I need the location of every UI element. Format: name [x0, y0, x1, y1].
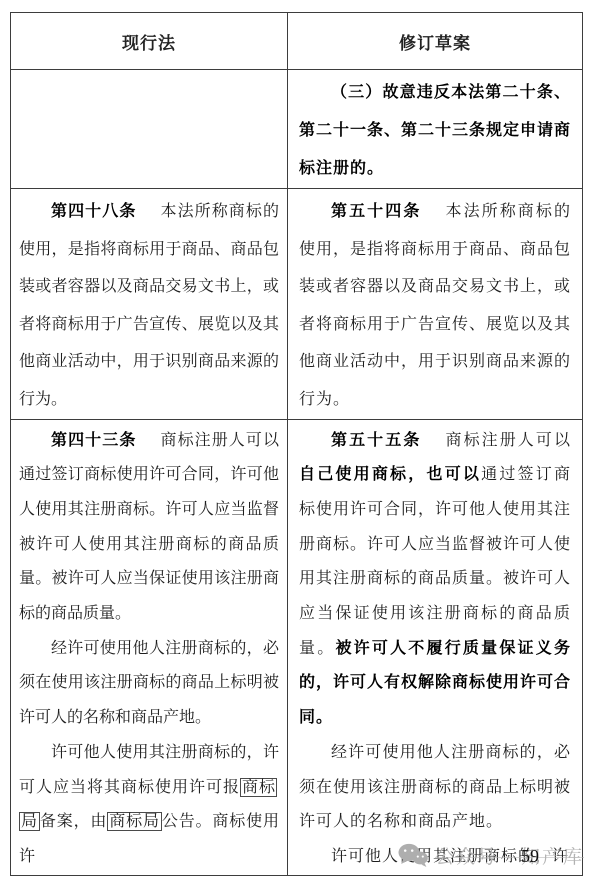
- cell-current-law-row3: 第四十三条商标注册人可以通过签订商标使用许可合同，许可他人使用其注册商标。许可人…: [11, 419, 288, 875]
- paragraph: 经许可使用他人注册商标的，必须在使用该注册商标的商品上标明被许可人的名称和商品产…: [19, 632, 279, 736]
- watermark-text: 公众号 · 知产库: [435, 842, 584, 869]
- text-segment: 商标注册人可以通过签订商标使用许可合同，许可他人使用其注册商标。许可人应当监督被…: [19, 432, 279, 623]
- cell-revision-draft-row3: 第五十五条商标注册人可以自己使用商标，也可以通过签订商标使用许可合同，许可他人使…: [288, 419, 583, 875]
- table-row: 第四十三条商标注册人可以通过签订商标使用许可合同，许可他人使用其注册商标。许可人…: [11, 419, 583, 875]
- cell-revision-draft-row2: 第五十四条本法所称商标的使用，是指将商标用于商品、商品包装或者容器以及商品交易文…: [288, 189, 583, 420]
- table-header-row: 现行法 修订草案: [11, 13, 583, 70]
- cell-current-law-row2: 第四十八条本法所称商标的使用，是指将商标用于商品、商品包装或者容器以及商品交易文…: [11, 189, 288, 420]
- paragraph: 第五十五条商标注册人可以自己使用商标，也可以通过签订商标使用许可合同，许可他人使…: [299, 424, 571, 736]
- law-comparison-table: 现行法 修订草案 （三）故意违反本法第二十条、第二十一条、第二十三条规定申请商标…: [10, 12, 583, 876]
- paragraph: 第五十四条本法所称商标的使用，是指将商标用于商品、商品包装或者容器以及商品交易文…: [299, 193, 571, 419]
- bold-inserted-text: 被许可人不履行质量保证义务的，许可人有权解除商标使用许可合同。: [299, 640, 571, 726]
- paragraph: 第四十八条本法所称商标的使用，是指将商标用于商品、商品包装或者容器以及商品交易文…: [19, 193, 279, 419]
- text-segment: 本法所称商标的使用，是指将商标用于商品、商品包装或者容器以及商品交易文书上，或者…: [299, 203, 571, 408]
- cell-current-law-row1: [11, 70, 288, 189]
- text-segment: 经许可使用他人注册商标的，必须在使用该注册商标的商品上标明被许可人的名称和商品产…: [299, 744, 571, 830]
- watermark: 公众号 · 知产库: [398, 842, 584, 869]
- article-number: 第四十三条: [51, 432, 136, 449]
- boxed-text: 商标局: [107, 812, 162, 831]
- table-row: 第四十八条本法所称商标的使用，是指将商标用于商品、商品包装或者容器以及商品交易文…: [11, 189, 583, 420]
- wechat-icon: [398, 843, 428, 868]
- paragraph: 经许可使用他人注册商标的，必须在使用该注册商标的商品上标明被许可人的名称和商品产…: [299, 736, 571, 840]
- article-number: 第五十四条: [331, 203, 421, 220]
- page-footer: 公众号 · 知产库 59: [0, 838, 592, 872]
- document-page: 现行法 修订草案 （三）故意违反本法第二十条、第二十一条、第二十三条规定申请商标…: [0, 0, 592, 879]
- paragraph: （三）故意违反本法第二十条、第二十一条、第二十三条规定申请商标注册的。: [299, 74, 571, 188]
- bold-inserted-text: 自己使用商标，也可以: [299, 466, 481, 483]
- article-number: 第五十五条: [331, 432, 421, 449]
- paragraph: 第四十三条商标注册人可以通过签订商标使用许可合同，许可他人使用其注册商标。许可人…: [19, 424, 279, 632]
- text-segment: 备案，由: [40, 813, 107, 830]
- text-segment: 本法所称商标的使用，是指将商标用于商品、商品包装或者容器以及商品交易文书上，或者…: [19, 203, 279, 408]
- text-segment: 经许可使用他人注册商标的，必须在使用该注册商标的商品上标明被许可人的名称和商品产…: [19, 640, 279, 726]
- column-header-current-law: 现行法: [11, 13, 288, 70]
- page-number: 59: [521, 846, 539, 867]
- text-segment: 商标注册人可以: [444, 432, 571, 449]
- column-header-revision-draft: 修订草案: [288, 13, 583, 70]
- article-number: 第四十八条: [51, 203, 136, 220]
- bold-inserted-text: （三）故意违反本法第二十条、第二十一条、第二十三条规定申请商标注册的。: [299, 84, 571, 177]
- table-row: （三）故意违反本法第二十条、第二十一条、第二十三条规定申请商标注册的。: [11, 70, 583, 189]
- cell-revision-draft-row1: （三）故意违反本法第二十条、第二十一条、第二十三条规定申请商标注册的。: [288, 70, 583, 189]
- text-segment: 通过签订商标使用许可合同，许可他人使用其注册商标。许可人应当监督被许可人使用其注…: [299, 466, 571, 657]
